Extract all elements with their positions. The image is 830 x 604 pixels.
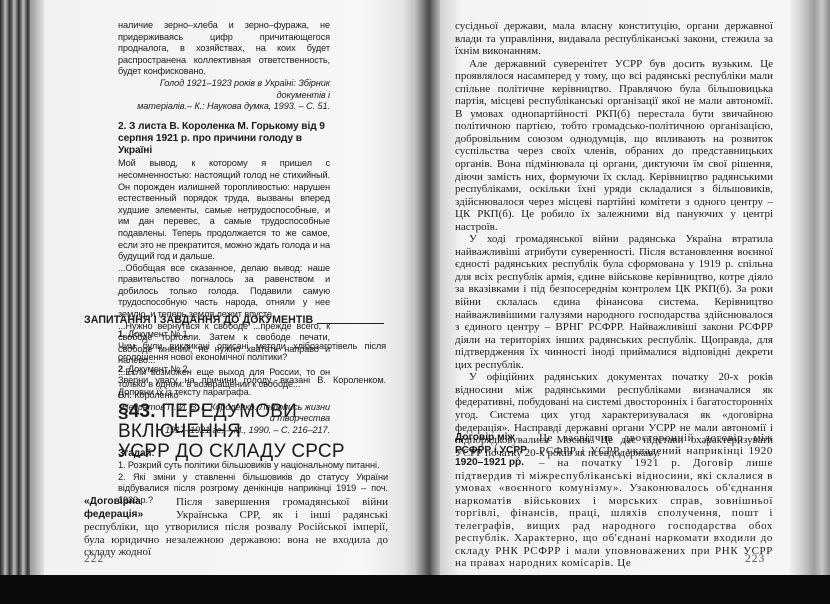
margin-note-spacer	[455, 432, 539, 469]
doc1-source: Голод 1921–1923 років в Україні: Збірник…	[118, 78, 330, 113]
heading-rule	[317, 323, 384, 324]
questions-heading: ЗАПИТАННЯ І ЗАВДАННЯ ДО ДОКУМЕНТІВ	[84, 314, 384, 327]
doc1-source-line2: матеріалів.– К.: Наукова думка, 1993. – …	[118, 101, 330, 113]
page-stack-right	[790, 0, 830, 580]
body-paragraph: Але державний суверенітет УСРР був досит…	[455, 58, 773, 234]
margin-note-spacer	[84, 496, 176, 521]
body-paragraph: У ході громадянської війни радянська Укр…	[455, 233, 773, 371]
right-body-text: сусідньої держави, мала власну конституц…	[455, 20, 773, 459]
doc2-paragraph: Мой вывод, к которому я пришел с несомне…	[118, 158, 330, 262]
question-text: Зверни увагу на причини голоду, вказані …	[118, 375, 386, 398]
question-text: Чим були викликані описані методи хлібоз…	[118, 341, 386, 364]
left-body-text: Після завершення громадянської війни Укр…	[84, 496, 388, 559]
section-number: §43.	[118, 401, 156, 422]
page-number-left: 222	[84, 553, 104, 565]
recall-heading: Згадай:	[118, 448, 388, 460]
treaty-paragraph: Це засвідчив двосторонній договір між РС…	[455, 432, 773, 570]
page-stack-left	[0, 0, 44, 580]
question-item: 1. Документ № 1. Чим були викликані опис…	[118, 329, 386, 364]
treaty-text: Це засвідчив двосторонній договір між РС…	[455, 432, 773, 570]
body-start: Після завершення громадянської війни Укр…	[84, 496, 388, 559]
scan-shadow	[0, 575, 830, 604]
question-item: 2. Документ № 2. Зверни увагу на причини…	[118, 364, 386, 399]
questions-list: 1. Документ № 1. Чим були викликані опис…	[118, 329, 386, 399]
doc2-paragraph: ...Обобщая все сказанное, делаю вывод: н…	[118, 263, 330, 321]
recall-item: 1. Розкрий суть політики більшовиків у н…	[118, 460, 388, 472]
body-paragraph: сусідньої держави, мала власну конституц…	[455, 20, 773, 58]
question-doc: . Документ № 1.	[123, 329, 190, 339]
doc2-title: 2. З листа В. Короленка М. Горькому від …	[118, 121, 330, 158]
questions-heading-text: ЗАПИТАННЯ І ЗАВДАННЯ ДО ДОКУМЕНТІВ	[84, 314, 313, 327]
page-number-right: 223	[745, 553, 765, 565]
question-doc: . Документ № 2.	[123, 364, 190, 374]
doc1-tail: наличие зерно–хлеба и зерно–фуража, не п…	[118, 20, 330, 78]
doc1-source-line1: Голод 1921–1923 років в Україні: Збірник…	[118, 78, 330, 101]
